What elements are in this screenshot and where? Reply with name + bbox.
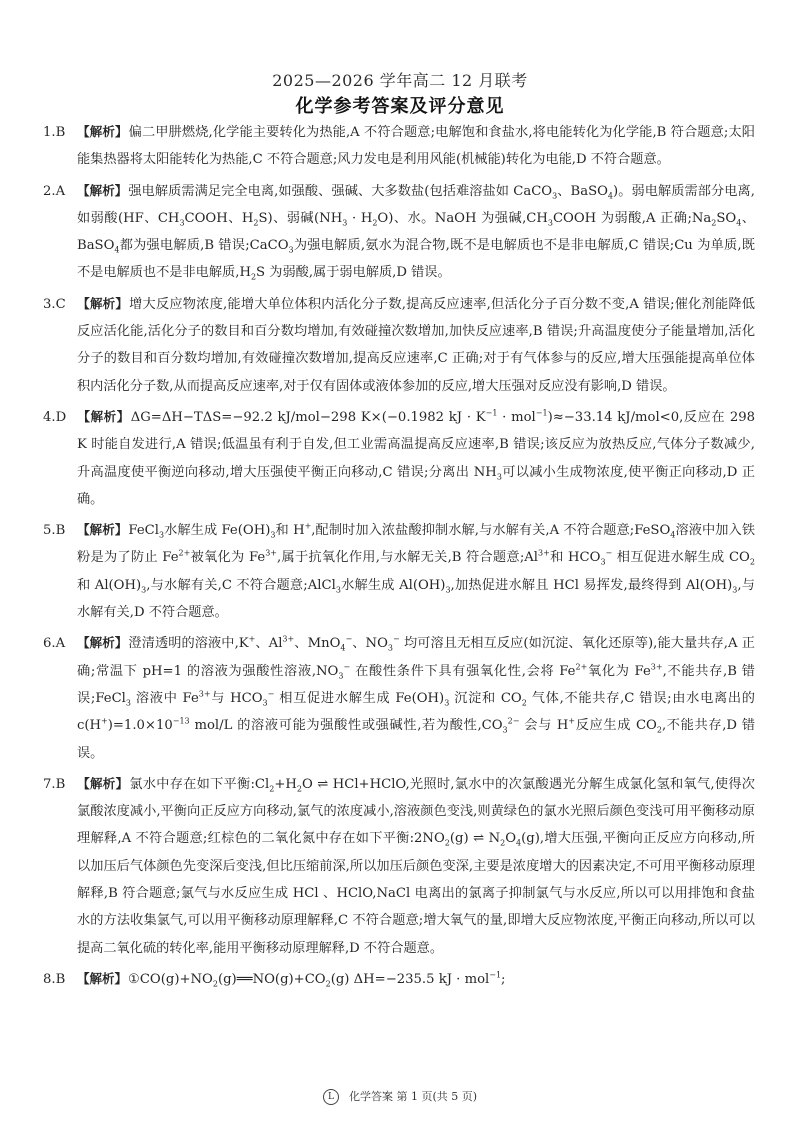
analysis-text: 4 (340, 644, 345, 653)
document-title: 化学参考答案及评分意见 (0, 92, 800, 118)
analysis-text: 水解生成 Al(OH) (341, 578, 446, 593)
analysis-text: 2− (508, 717, 520, 726)
analysis-text: 水解生成 Fe(OH) (164, 523, 270, 538)
analysis-text: (g)══NO(g)+CO (218, 972, 326, 987)
analysis-text: 3+ (265, 549, 277, 558)
analysis-tag: 【解析】 (77, 635, 127, 650)
analysis-text: ,属于抗氧化作用,与水解无关,B 符合题意;Al (277, 550, 538, 565)
analysis-text: 沉淀和 CO (449, 691, 521, 706)
answer-item: 2.A【解析】强电解质需满足完全电离,如强酸、强碱、大多数盐(包括难溶盐如 Ca… (43, 177, 755, 287)
analysis-text: −1 (486, 409, 498, 418)
analysis-text: 3+ (199, 690, 211, 699)
exam-title: 2025—2026 学年高二 12 月联考 (0, 68, 800, 91)
analysis-text: 和 HCO (550, 550, 601, 565)
analysis-text: 相互促进水解生成 Fe(OH) (274, 691, 444, 706)
analysis-text: 2+ (576, 662, 588, 671)
analysis-text: ; (501, 972, 505, 987)
answer-number: 5.B (43, 517, 77, 544)
analysis-text: 3+ (538, 549, 550, 558)
answer-item: 3.C【解析】增大反应物浓度,能增大单位体积内活化分子数,提高反应速率,但活化分… (43, 290, 755, 400)
analysis-text: ΔG=ΔH−TΔS=−92.2 kJ/mol−298 K×(−0.1982 kJ… (131, 410, 486, 425)
analysis-text: mol/L 的溶液可能为强酸性或强碱性,若为酸性,CO (190, 718, 503, 733)
analysis-text: 3 (600, 558, 605, 567)
analysis-text: (g),增大压强,平衡向正反应方向移动,所以加压后气体颜色先变深后变浅,但比压缩… (77, 831, 755, 955)
analysis-text: 3 (338, 671, 343, 680)
analysis-text: S)、弱碱(NH (258, 211, 342, 226)
analysis-text: −13 (173, 717, 190, 726)
analysis-text: · mol (497, 410, 535, 425)
analysis-text: 溶液中 Fe (131, 691, 199, 706)
answer-item: 5.B【解析】FeCl3水解生成 Fe(OH)3和 H+,配制时加入浓盐酸抑制水… (43, 516, 755, 626)
answer-item: 4.D【解析】ΔG=ΔH−TΔS=−92.2 kJ/mol−298 K×(−0.… (43, 403, 755, 513)
answer-number: 6.A (43, 630, 77, 657)
analysis-text: 氯水中存在如下平衡:Cl (129, 777, 269, 792)
analysis-tag: 【解析】 (77, 522, 127, 537)
analysis-text: −1 (489, 971, 501, 980)
analysis-text: 和 H (275, 523, 304, 538)
analysis-text: − (393, 635, 400, 644)
answer-item: 8.B【解析】①CO(g)+NO2(g)══NO(g)+CO2(g) ΔH=−2… (43, 965, 755, 993)
analysis-text: 会与 H (519, 718, 568, 733)
page-footer: L化学答案 第 1 页(共 5 页) (0, 1088, 800, 1105)
analysis-text: 和 Al(OH) (77, 578, 141, 593)
analysis-text: + (101, 717, 108, 726)
analysis-text: 、BaSO (557, 184, 608, 199)
analysis-text: COOH、H (185, 211, 254, 226)
analysis-text: 氧化为 Fe (587, 664, 650, 679)
analysis-tag: 【解析】 (77, 183, 127, 198)
analysis-text: 被氧化为 Fe (190, 550, 265, 565)
analysis-text: 强电解质需满足完全电离,如强酸、强碱、大多数盐(包括难溶盐如 CaCO (128, 184, 552, 199)
answer-number: 3.C (43, 291, 77, 318)
analysis-text: SO (716, 211, 736, 226)
analysis-text: 反应生成 CO (575, 718, 657, 733)
analysis-tag: 【解析】 (77, 409, 130, 424)
analysis-text: O)、水。NaOH 为强碱,CH (377, 211, 547, 226)
analysis-text: 3 (263, 699, 268, 708)
analysis-text: 3 (388, 644, 393, 653)
analysis-text: ,与水解有关,C 不符合题意;AlCl (146, 578, 336, 593)
answer-item: 1.B【解析】偏二甲肼燃烧,化学能主要转化为热能,A 不符合题意;电解饱和食盐水… (43, 118, 755, 174)
analysis-tag: 【解析】 (77, 776, 128, 791)
analysis-text: ,配制时加入浓盐酸抑制水解,与水解有关,A 不符合题意;FeSO (311, 523, 670, 538)
analysis-text: 偏二甲肼燃烧,化学能主要转化为热能,A 不符合题意;电解饱和食盐水,将电能转化为… (77, 125, 755, 167)
analysis-text: 、NO (352, 636, 388, 651)
answer-number: 8.B (43, 966, 77, 993)
analysis-text: COOH 为弱酸,A 正确;Na (553, 211, 711, 226)
analysis-tag: 【解析】 (77, 296, 128, 311)
analysis-text: FeCl (128, 523, 159, 538)
analysis-text: 2 (750, 558, 755, 567)
analysis-text: (g) ΔH=−235.5 kJ · mol (331, 972, 490, 987)
edition-badge-icon: L (323, 1089, 339, 1105)
analysis-text: )=1.0×10 (108, 718, 173, 733)
analysis-text: 3+ (651, 662, 663, 671)
analysis-text: 都为强电解质,B 错误;CaCO (120, 238, 289, 253)
analysis-text: (g) ⇌ N (450, 831, 500, 846)
answer-number: 1.B (43, 119, 77, 146)
analysis-text: 、MnO (294, 636, 340, 651)
analysis-text: 在酸性条件下具有强氧化性,会将 Fe (350, 664, 575, 679)
answer-item: 6.A【解析】澄清透明的溶液中,K+、Al3+、MnO4−、NO3− 均可溶且无… (43, 629, 755, 766)
answer-list: 1.B【解析】偏二甲肼燃烧,化学能主要转化为热能,A 不符合题意;电解饱和食盐水… (43, 118, 755, 996)
analysis-text: ,加热促进水解且 HCl 易挥发,最终得到 Al(OH) (451, 578, 733, 593)
analysis-tag: 【解析】 (77, 971, 127, 986)
analysis-text: 与 HCO (211, 691, 263, 706)
analysis-tag: 【解析】 (77, 124, 128, 139)
analysis-text: 增大反应物浓度,能增大单位体积内活化分子数,提高反应速率,但活化分子百分数不变,… (77, 297, 755, 394)
answer-number: 2.A (43, 178, 77, 205)
analysis-text: 相互促进水解生成 CO (612, 550, 750, 565)
analysis-text: O (505, 831, 516, 846)
analysis-text: ①CO(g)+NO (128, 972, 213, 987)
analysis-text: · H (347, 211, 372, 226)
analysis-text: −1 (536, 409, 548, 418)
answer-item: 7.B【解析】氯水中存在如下平衡:Cl2+H2O ⇌ HCl+HClO,光照时,… (43, 770, 755, 962)
answer-number: 4.D (43, 404, 77, 431)
answer-key-page: 2025—2026 学年高二 12 月联考 化学参考答案及评分意见 1.B【解析… (0, 0, 800, 1122)
analysis-text: 2+ (179, 549, 191, 558)
analysis-text: +H (274, 777, 297, 792)
page-number-text: 化学答案 第 1 页(共 5 页) (349, 1090, 477, 1103)
analysis-text: 3+ (282, 635, 294, 644)
answer-number: 7.B (43, 771, 77, 798)
analysis-text: 、Al (255, 636, 282, 651)
analysis-text: 澄清透明的溶液中,K (128, 636, 248, 651)
analysis-text: S 为弱酸,属于弱电解质,D 错误。 (256, 265, 451, 280)
analysis-text: 3 (503, 726, 508, 735)
